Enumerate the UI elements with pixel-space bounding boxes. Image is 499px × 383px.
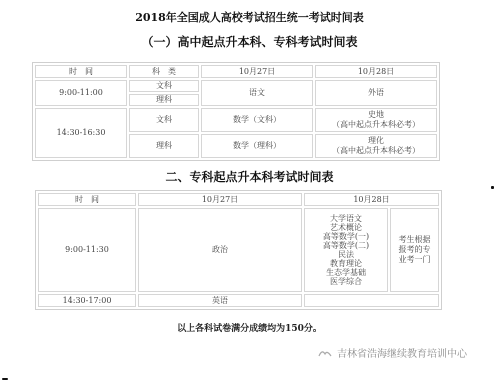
note-line: 业考一门 xyxy=(391,255,438,265)
cell-time: 9:00-11:30 xyxy=(38,208,136,292)
watermark: 吉林省浩海继续教育培训中心 xyxy=(318,345,467,360)
cell-time: 9:00-11:00 xyxy=(35,80,127,106)
cell-oct27: 英语 xyxy=(138,294,302,307)
subject-item: 医学综合 xyxy=(305,277,387,286)
cell-category: 理科 xyxy=(129,94,199,106)
header-time: 时 间 xyxy=(38,193,136,206)
note-line: 报考的专 xyxy=(391,245,438,255)
subject-note: （高中起点升本科必考） xyxy=(316,146,436,156)
header-category: 科 类 xyxy=(129,65,199,78)
speck-decoration xyxy=(2,378,8,380)
cell-category: 理科 xyxy=(129,134,199,158)
cell-category: 文科 xyxy=(129,80,199,92)
header-oct28: 10月28日 xyxy=(315,65,437,78)
table-header-row: 时 间 科 类 10月27日 10月28日 xyxy=(35,65,437,78)
speck-decoration xyxy=(491,186,494,189)
note-line: 考生根据 xyxy=(391,235,438,245)
cell-category: 文科 xyxy=(129,108,199,132)
header-oct27: 10月27日 xyxy=(138,193,302,206)
subject-note: （高中起点升本科必考） xyxy=(316,120,436,130)
cell-oct28: 史地 （高中起点升本科必考） xyxy=(315,108,437,132)
main-title: 2018年全国成人高校考试招生统一考试时间表 xyxy=(0,9,499,25)
header-oct27: 10月27日 xyxy=(201,65,313,78)
section1-title: （一）高中起点升本科、专科考试时间表 xyxy=(0,33,499,50)
subject-item: 高等数学(一) xyxy=(305,232,387,241)
header-time: 时 间 xyxy=(35,65,127,78)
watermark-text: 吉林省浩海继续教育培训中心 xyxy=(337,345,467,360)
subject-item: 生态学基础 xyxy=(305,268,387,277)
cell-oct27: 数学（理科） xyxy=(201,134,313,158)
cell-oct28: 外语 xyxy=(315,80,437,106)
cell-oct27: 政治 xyxy=(138,208,302,292)
section2-title: 二、专科起点升本科考试时间表 xyxy=(0,168,499,185)
cell-oct27: 数学（文科） xyxy=(201,108,313,132)
header-oct28: 10月28日 xyxy=(304,193,439,206)
cell-oct28-subjects: 大学语文 艺术概论 高等数学(一) 高等数学(二) 民法 教育理论 生态学基础 … xyxy=(304,208,388,292)
cell-oct28: 理化 （高中起点升本科必考） xyxy=(315,134,437,158)
subject-item: 大学语文 xyxy=(305,214,387,223)
subject-item: 民法 xyxy=(305,250,387,259)
wechat-icon xyxy=(318,348,332,358)
table-high-school-schedule: 时 间 科 类 10月27日 10月28日 9:00-11:00 文科 语文 外… xyxy=(32,62,440,161)
table-college-schedule: 时 间 10月27日 10月28日 9:00-11:30 政治 大学语文 艺术概… xyxy=(35,190,442,310)
footnote: 以上各科试卷满分成绩均为150分。 xyxy=(0,321,499,334)
cell-oct28 xyxy=(304,294,439,307)
subject-line: 史地 xyxy=(316,110,436,120)
table-row: 14:30-17:00 英语 xyxy=(38,294,439,307)
table-row: 9:00-11:00 文科 语文 外语 xyxy=(35,80,437,92)
cell-oct27: 语文 xyxy=(201,80,313,106)
cell-oct28-note: 考生根据 报考的专 业考一门 xyxy=(390,208,439,292)
subject-item: 艺术概论 xyxy=(305,223,387,232)
table-row: 14:30-16:30 文科 数学（文科） 史地 （高中起点升本科必考） xyxy=(35,108,437,132)
table-header-row: 时 间 10月27日 10月28日 xyxy=(38,193,439,206)
subject-item: 高等数学(二) xyxy=(305,241,387,250)
table-row: 9:00-11:30 政治 大学语文 艺术概论 高等数学(一) 高等数学(二) … xyxy=(38,208,439,292)
cell-time: 14:30-16:30 xyxy=(35,108,127,158)
subject-line: 理化 xyxy=(316,136,436,146)
subject-item: 教育理论 xyxy=(305,259,387,268)
cell-time: 14:30-17:00 xyxy=(38,294,136,307)
